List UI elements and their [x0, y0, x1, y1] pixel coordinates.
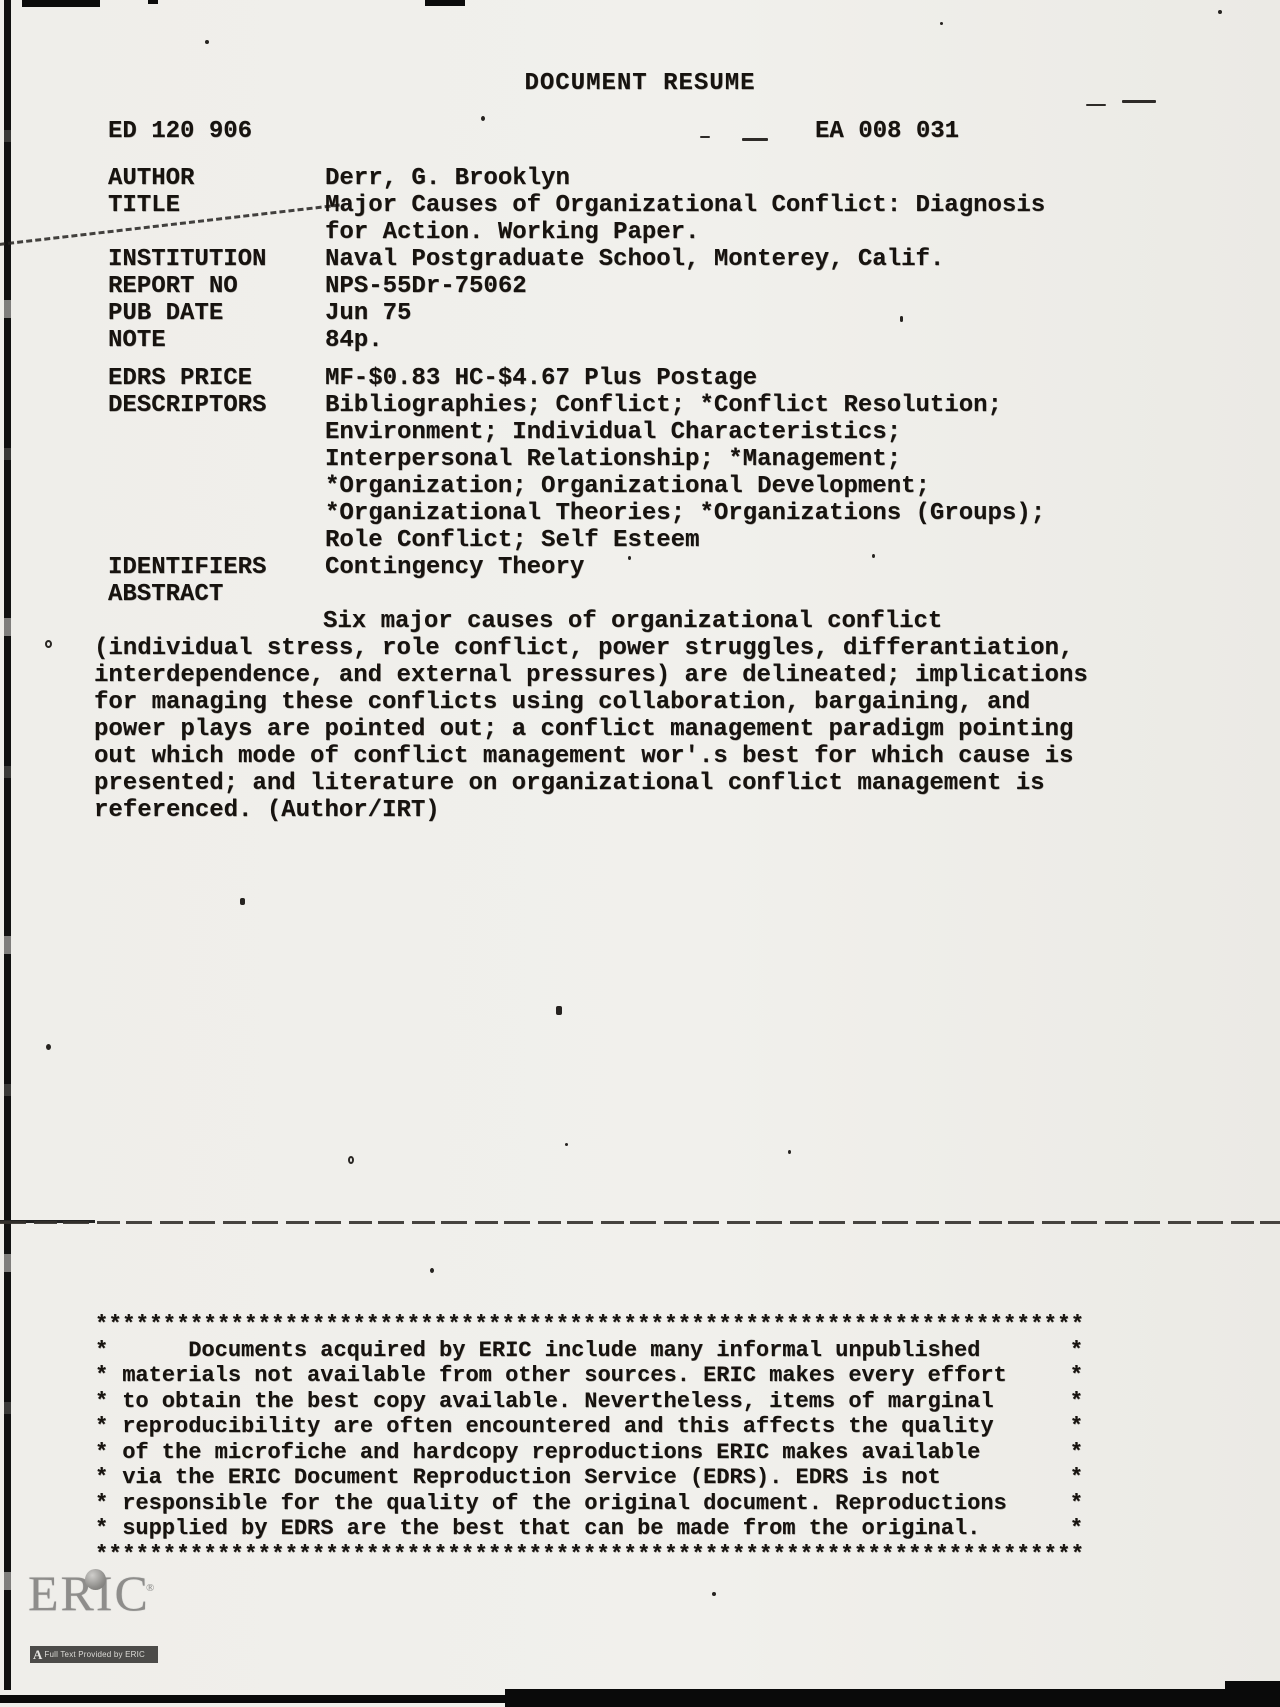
field-label: PUB DATE: [108, 300, 325, 327]
scan-speck: [712, 1592, 716, 1596]
scan-edge-top: [22, 0, 100, 7]
abstract-line: presented; and literature on organizatio…: [94, 770, 1164, 797]
notice-line: *reproducibility are often encountered a…: [95, 1414, 1083, 1440]
notice-star: *: [1070, 1414, 1083, 1440]
scan-speck: [481, 116, 485, 121]
notice-line: *supplied by EDRS are the best that can …: [95, 1516, 1083, 1542]
notice-star: *: [1070, 1389, 1083, 1415]
field-value: *Organization; Organizational Developmen…: [325, 473, 1128, 500]
field-label: IDENTIFIERS: [108, 554, 325, 581]
field-row-note: NOTE 84p.: [108, 327, 1128, 354]
scan-edge-bottom: [0, 1695, 525, 1703]
field-value: Major Causes of Organizational Conflict:…: [325, 192, 1128, 219]
notice-star: *: [95, 1465, 108, 1491]
scan-speck: [940, 22, 943, 25]
scan-dash: [742, 138, 768, 141]
scan-dash: [700, 136, 710, 138]
field-value: NPS-55Dr-75062: [325, 273, 1128, 300]
notice-star: *: [1070, 1338, 1083, 1364]
scan-speck: [430, 1268, 434, 1273]
abstract-line: for managing these conflicts using colla…: [94, 689, 1164, 716]
field-label: REPORT NO: [108, 273, 325, 300]
scan-dash: [1086, 104, 1106, 106]
field-value: Derr, G. Brooklyn: [325, 165, 1128, 192]
scan-speck: [628, 556, 631, 560]
field-row-pub-date: PUB DATE Jun 75: [108, 300, 1128, 327]
notice-star: *: [1070, 1491, 1083, 1517]
notice-star: *: [1070, 1440, 1083, 1466]
field-value: Environment; Individual Characteristics;: [325, 419, 1128, 446]
field-row-report-no: REPORT NO NPS-55Dr-75062: [108, 273, 1128, 300]
eric-logo: ERIC ® A Full Text Provided by ERIC: [28, 1568, 178, 1678]
field-row-title: TITLE Major Causes of Organizational Con…: [108, 192, 1128, 246]
scan-speck: [46, 1044, 51, 1050]
scan-speck: [900, 316, 903, 322]
scan-speck: [1218, 10, 1222, 14]
notice-star: *: [95, 1491, 108, 1517]
field-row-identifiers: IDENTIFIERS Contingency Theory: [108, 554, 1128, 581]
scanned-document-page: DOCUMENT RESUME ED 120 906 EA 008 031 AU…: [0, 0, 1280, 1707]
scan-speck: [565, 1143, 568, 1146]
notice-line: * Documents acquired by ERIC include man…: [95, 1338, 1083, 1364]
field-value: *Organizational Theories; *Organizations…: [325, 500, 1128, 527]
notice-line: *via the ERIC Document Reproduction Serv…: [95, 1465, 1083, 1491]
notice-border: ****************************************…: [95, 1542, 1083, 1568]
scan-edge-bottom: [505, 1689, 1280, 1707]
notice-star: *: [1070, 1516, 1083, 1542]
notice-border: ****************************************…: [95, 1312, 1083, 1338]
notice-star: *: [95, 1338, 108, 1364]
notice-star: *: [95, 1389, 108, 1415]
field-label: TITLE: [108, 192, 325, 246]
scan-edge-top: [425, 0, 465, 6]
field-value: for Action. Working Paper.: [325, 219, 1128, 246]
scan-edge-bottom: [1225, 1681, 1280, 1707]
eric-banner-tagline: Full Text Provided by ERIC: [44, 1650, 145, 1659]
abstract-label: ABSTRACT: [108, 581, 223, 608]
field-label: NOTE: [108, 327, 325, 354]
field-value: Naval Postgraduate School, Monterey, Cal…: [325, 246, 1128, 273]
field-value: Contingency Theory: [325, 554, 1128, 581]
separator-dashed-line: [0, 1221, 1280, 1224]
eric-banner-a: A: [33, 1648, 42, 1661]
notice-star: *: [1070, 1465, 1083, 1491]
eric-globe-icon: [85, 1569, 106, 1590]
scan-speck: [872, 554, 875, 558]
ea-number: EA 008 031: [815, 118, 959, 145]
scan-speck: [205, 40, 209, 44]
abstract-line: interdependence, and external pressures)…: [94, 662, 1164, 689]
field-label: DESCRIPTORS: [108, 392, 325, 554]
bibliographic-fields: AUTHOR Derr, G. Brooklyn TITLE Major Cau…: [108, 165, 1128, 581]
notice-star: *: [95, 1363, 108, 1389]
scan-speck: [240, 898, 245, 905]
field-row-author: AUTHOR Derr, G. Brooklyn: [108, 165, 1128, 192]
abstract-line: Six major causes of organizational confl…: [94, 608, 1164, 635]
scan-edge-left: [4, 0, 11, 1690]
notice-line: *of the microfiche and hardcopy reproduc…: [95, 1440, 1083, 1466]
notice-line: *responsible for the quality of the orig…: [95, 1491, 1083, 1517]
field-value: MF-$0.83 HC-$4.67 Plus Postage: [325, 365, 1128, 392]
field-row-institution: INSTITUTION Naval Postgraduate School, M…: [108, 246, 1128, 273]
notice-star: *: [95, 1440, 108, 1466]
notice-star: *: [95, 1414, 108, 1440]
scan-edge-top: [148, 0, 158, 4]
field-value: Interpersonal Relationship; *Management;: [325, 446, 1128, 473]
field-label: EDRS PRICE: [108, 365, 325, 392]
field-row-edrs-price: EDRS PRICE MF-$0.83 HC-$4.67 Plus Postag…: [108, 365, 1128, 392]
field-value: Jun 75: [325, 300, 1128, 327]
scan-speck: [556, 1006, 562, 1015]
document-resume-title: DOCUMENT RESUME: [0, 70, 1280, 97]
field-value: 84p.: [325, 327, 1128, 354]
registered-mark: ®: [146, 1582, 154, 1594]
scan-dash: [1122, 100, 1156, 103]
field-value: Role Conflict; Self Esteem: [325, 527, 1128, 554]
scan-speck: [45, 640, 52, 648]
abstract-line: out which mode of conflict management wo…: [94, 743, 1164, 770]
abstract-line: power plays are pointed out; a conflict …: [94, 716, 1164, 743]
notice-star: *: [95, 1516, 108, 1542]
abstract-line: (individual stress, role conflict, power…: [94, 635, 1164, 662]
field-label: AUTHOR: [108, 165, 325, 192]
scan-speck: [788, 1150, 791, 1154]
abstract-text: Six major causes of organizational confl…: [94, 608, 1164, 824]
field-row-descriptors: DESCRIPTORS Bibliographies; Conflict; *C…: [108, 392, 1128, 554]
eric-banner: A Full Text Provided by ERIC: [30, 1646, 158, 1663]
abstract-line: referenced. (Author/IRT): [94, 797, 1164, 824]
notice-star: *: [1070, 1363, 1083, 1389]
notice-line: *to obtain the best copy available. Neve…: [95, 1389, 1083, 1415]
ed-number: ED 120 906: [108, 118, 252, 145]
field-label: INSTITUTION: [108, 246, 325, 273]
edrs-notice-box: ****************************************…: [95, 1312, 1083, 1567]
notice-line: *materials not available from other sour…: [95, 1363, 1083, 1389]
scan-speck: [348, 1156, 354, 1164]
field-value: Bibliographies; Conflict; *Conflict Reso…: [325, 392, 1128, 419]
